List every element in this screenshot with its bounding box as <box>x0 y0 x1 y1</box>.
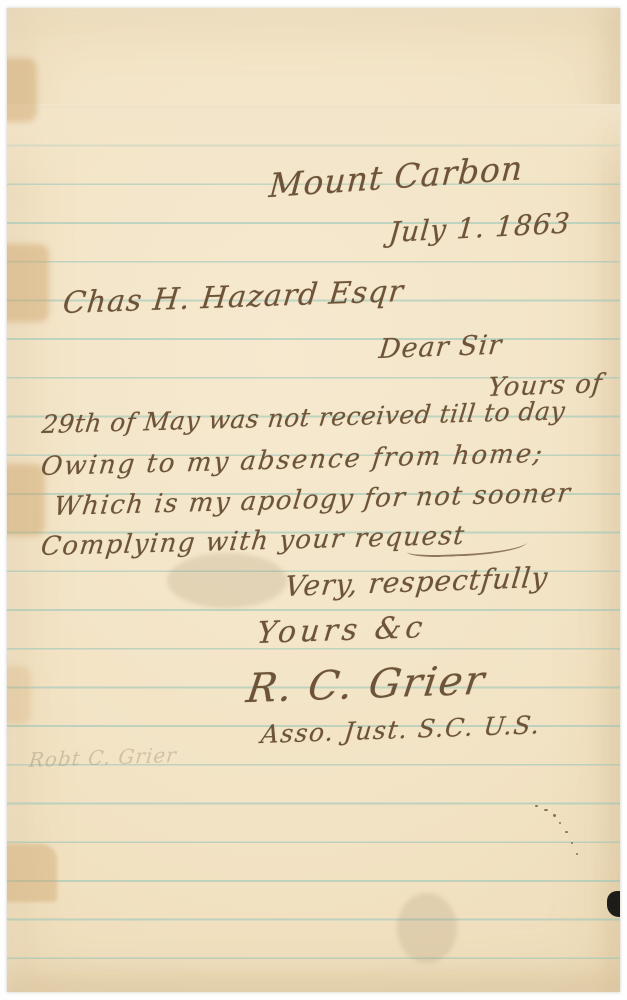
stain-bottom-left-tape <box>7 844 57 902</box>
ink-spatter-dot <box>571 842 573 844</box>
paper-sheet: Mount Carbon July 1. 1863 Chas H. Hazard… <box>7 8 620 992</box>
signature: R. C. Grier <box>244 658 489 713</box>
ink-spatter-dot <box>559 822 561 824</box>
ink-spatter-dot <box>544 809 548 811</box>
ink-spatter-dot <box>535 805 538 807</box>
letter-salutation: Dear Sir <box>377 330 503 365</box>
paper-smudge <box>397 893 457 963</box>
stain-upper-left <box>7 244 49 322</box>
ink-spatter-dot <box>576 853 578 855</box>
stain-lower-left <box>7 666 31 724</box>
ink-spatter-dot <box>553 814 556 817</box>
stain-top-left <box>7 58 37 122</box>
ink-spatter-dot <box>565 831 568 833</box>
letter-photo: Mount Carbon July 1. 1863 Chas H. Hazard… <box>0 0 627 1000</box>
paper-smudge <box>167 553 287 608</box>
closing-line: Yours &c <box>255 610 428 651</box>
